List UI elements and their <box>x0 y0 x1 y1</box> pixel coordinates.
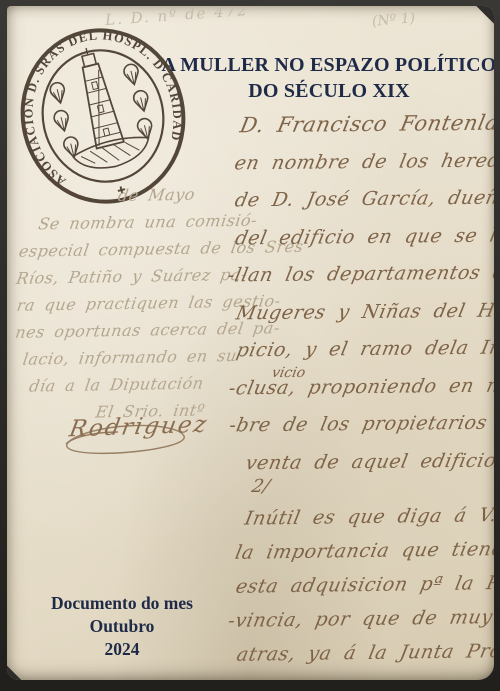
handwritten-line: -bre de los propietarios la <box>226 405 494 445</box>
folio-number-annotation: (Nº 1) <box>371 10 415 30</box>
paper-corner-fold-bottom-left <box>7 661 36 680</box>
poster-title-line1: A MULLER NO ESPAZO POLÍTICO <box>159 52 494 78</box>
interlinear-insertion: vicio <box>270 365 307 381</box>
caption-line2: Outubro <box>30 615 214 638</box>
tower-of-hercules-illustration <box>72 45 123 149</box>
handwritten-line: día a la Diputación <box>11 369 231 400</box>
handwritten-line: de D. José García, dueños <box>223 180 494 220</box>
scallop-shell-icon <box>132 89 151 112</box>
signature-name: Rodriguez <box>67 412 210 443</box>
poster-title-line2: DO SÉCULO XIX <box>159 78 494 104</box>
handwritten-line: -clusa, proponiendo en nom- <box>225 367 494 407</box>
handwritten-line: -llan los departamentos de <box>224 255 494 295</box>
handwritten-line: Inútil es que diga á V.S. <box>224 498 494 536</box>
handwritten-line: especial compuesta de los Sres <box>9 234 229 265</box>
handwritten-line: D. Francisco Fontenla, <box>222 105 494 145</box>
handwritten-line: nes oportunas acerca del pa- <box>10 315 230 346</box>
caption-line1: Documento do mes <box>30 592 214 615</box>
handwritten-line: Se nombra una comisió- <box>8 207 228 238</box>
handwritten-line: Ríos, Patiño y Suárez pa- <box>9 261 229 292</box>
right-page-handwriting-top: D. Francisco Fontenla, en nombre de los … <box>226 105 494 483</box>
handwritten-line: -vincia, por que de muy <box>225 600 494 638</box>
left-page-handwriting: de Mayo Se nombra una comisió- especial … <box>10 180 230 427</box>
handwritten-line: ra que practiquen las gestio- <box>10 288 230 319</box>
handwritten-line: de Mayo <box>8 180 228 211</box>
paper-corner-fold-top-right <box>465 6 494 29</box>
handwritten-line: la importancia que tiene <box>224 532 494 570</box>
handwritten-line: del edificio en que se ha- <box>224 217 494 257</box>
poster-title: A MULLER NO ESPAZO POLÍTICO DO SÉCULO XI… <box>159 52 494 104</box>
caption-line3: 2024 <box>30 638 214 661</box>
scallop-shell-icon <box>49 81 68 104</box>
photo-backdrop: L. D. nº de 472 (Nº 1) A MULLER NO ESPAZ… <box>0 0 500 691</box>
scallop-shell-icon <box>62 136 81 159</box>
handwritten-line: en nombre de los herederos <box>223 142 494 182</box>
right-page-handwriting-bottom: Inútil es que diga á V.S. la importancia… <box>227 498 494 672</box>
paragraph-mark: 2/ <box>250 476 272 497</box>
signature-block: Rodriguez <box>48 406 198 464</box>
handwritten-line: picio, y el ramo dela In- <box>225 330 494 370</box>
handwritten-line: Mugeres y Niñas del Hos- <box>224 292 494 332</box>
scallop-shell-icon <box>53 109 72 132</box>
handwritten-line: atras, ya á la Junta Pro <box>226 634 494 672</box>
handwritten-line: lacio, informando en su <box>11 342 231 373</box>
handwritten-line: esta adquisicion pª la Pro- <box>225 566 494 604</box>
scallop-shell-icon <box>123 63 142 86</box>
document-of-the-month-caption: Documento do mes Outubro 2024 <box>30 592 214 661</box>
manuscript-page: L. D. nº de 472 (Nº 1) A MULLER NO ESPAZ… <box>7 6 494 680</box>
